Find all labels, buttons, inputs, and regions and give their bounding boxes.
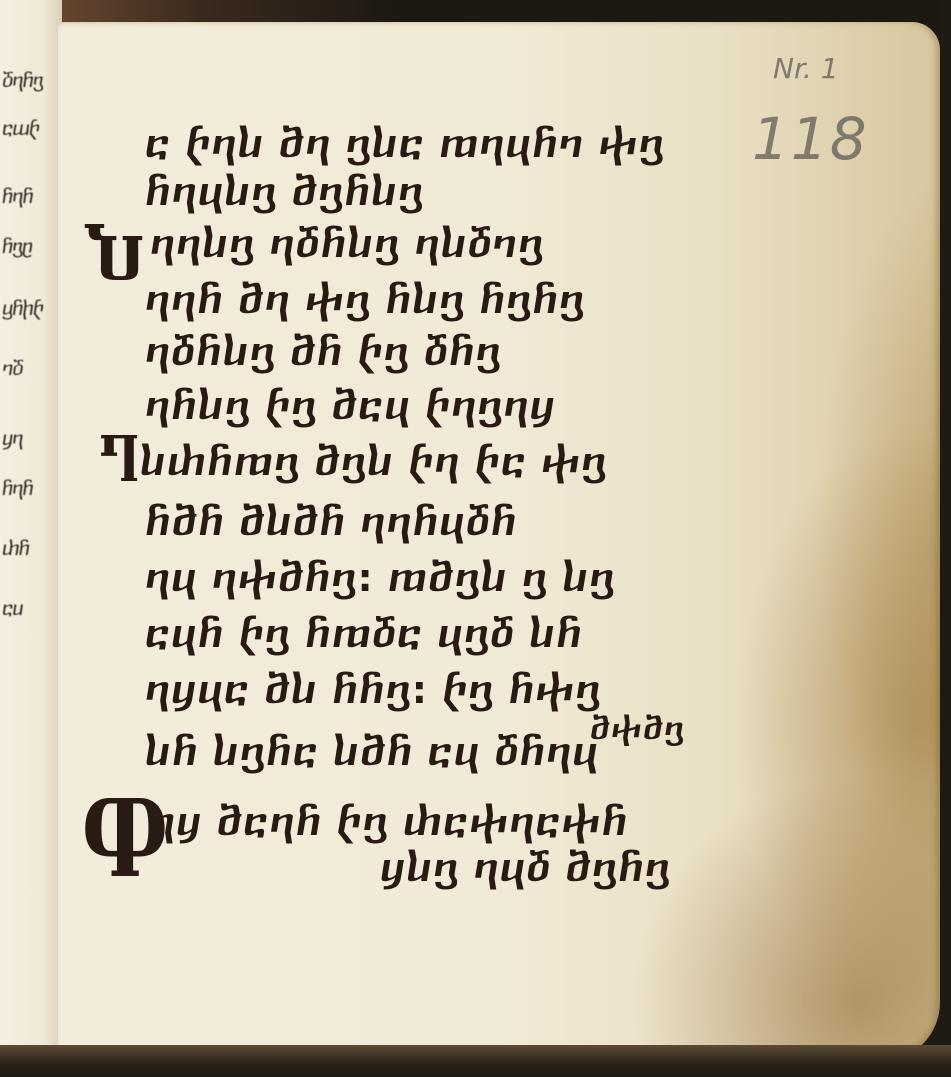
decorated-initial: Ⴄ (98, 430, 140, 494)
text-line-11: ⴄⴘⴗⴀ ⴋⴑ ⴌⴌⴂ: ⴡⴂ ⴌⴕⴂ (145, 668, 602, 712)
text-line-1: ⴀ ⴡⴄⴑ ⴋⴄ ⴂⴑⴀ ⴊⴄⴗⴌⴈ ⴕⴂ (145, 122, 665, 166)
text-line-5: ⴄⴃⴌⴑⴂ ⴋⴌ ⴡⴂ ⴃⴌⴂ (145, 330, 502, 374)
text-line-4: ⴄⴄⴌ ⴋⴄ ⴕⴂ ⴌⴑⴂ ⴌⴂⴌⴂ (145, 278, 585, 322)
decorated-initial: Ⴎ (82, 218, 146, 296)
text-line-8: ⴌⴋⴌ ⴋⴑⴋⴌ ⴄⴄⴌⴗⴃⴌ (145, 500, 518, 544)
text-line-7: ⴑⴐⴌⴊⴂ ⴋⴂⴑ ⴡⴄ ⴡⴀ ⴕⴂ (140, 440, 607, 484)
manuscript-text-block: ⴀ ⴡⴄⴑ ⴋⴄ ⴂⴑⴀ ⴊⴄⴗⴌⴈ ⴕⴂ ⴌⴄⴗⴑⴂ ⴋⴂⴌⴑⴂ Ⴎ ⴄⴄⴑⴂ… (0, 0, 951, 1077)
text-line-3: ⴄⴄⴑⴂ ⴄⴃⴌⴑⴂ ⴄⴑⴃⴈⴂ (150, 222, 544, 266)
text-line-2: ⴌⴄⴗⴑⴂ ⴋⴂⴌⴑⴂ (145, 170, 424, 214)
text-line-6: ⴄⴌⴑⴂ ⴡⴂ ⴋⴀⴗ ⴡⴄⴂⴄⴘ (145, 384, 556, 428)
interlinear-addition: ⴋⴕⴋⴂ (590, 712, 685, 747)
text-line-14: ⴘⴑⴂ ⴄⴗⴃ ⴋⴂⴌⴂ (380, 846, 671, 890)
text-line-12: ⴑⴌ ⴑⴂⴌⴀ ⴑⴋⴌ ⴀⴗ ⴃⴌⴄⴗ (145, 730, 599, 774)
text-line-9: ⴄⴗ ⴄⴕⴋⴌⴂ: ⴊⴋⴂⴑ ⴂ ⴑⴂ (145, 556, 615, 600)
text-line-10: ⴀⴗⴌ ⴡⴂ ⴌⴊⴃⴀ ⴗⴂⴃ ⴑⴌ (145, 612, 583, 656)
text-line-13: ⴄⴘ ⴋⴀⴄⴌ ⴡⴂ ⴐⴀⴕⴄⴀⴕⴌ (150, 800, 628, 844)
